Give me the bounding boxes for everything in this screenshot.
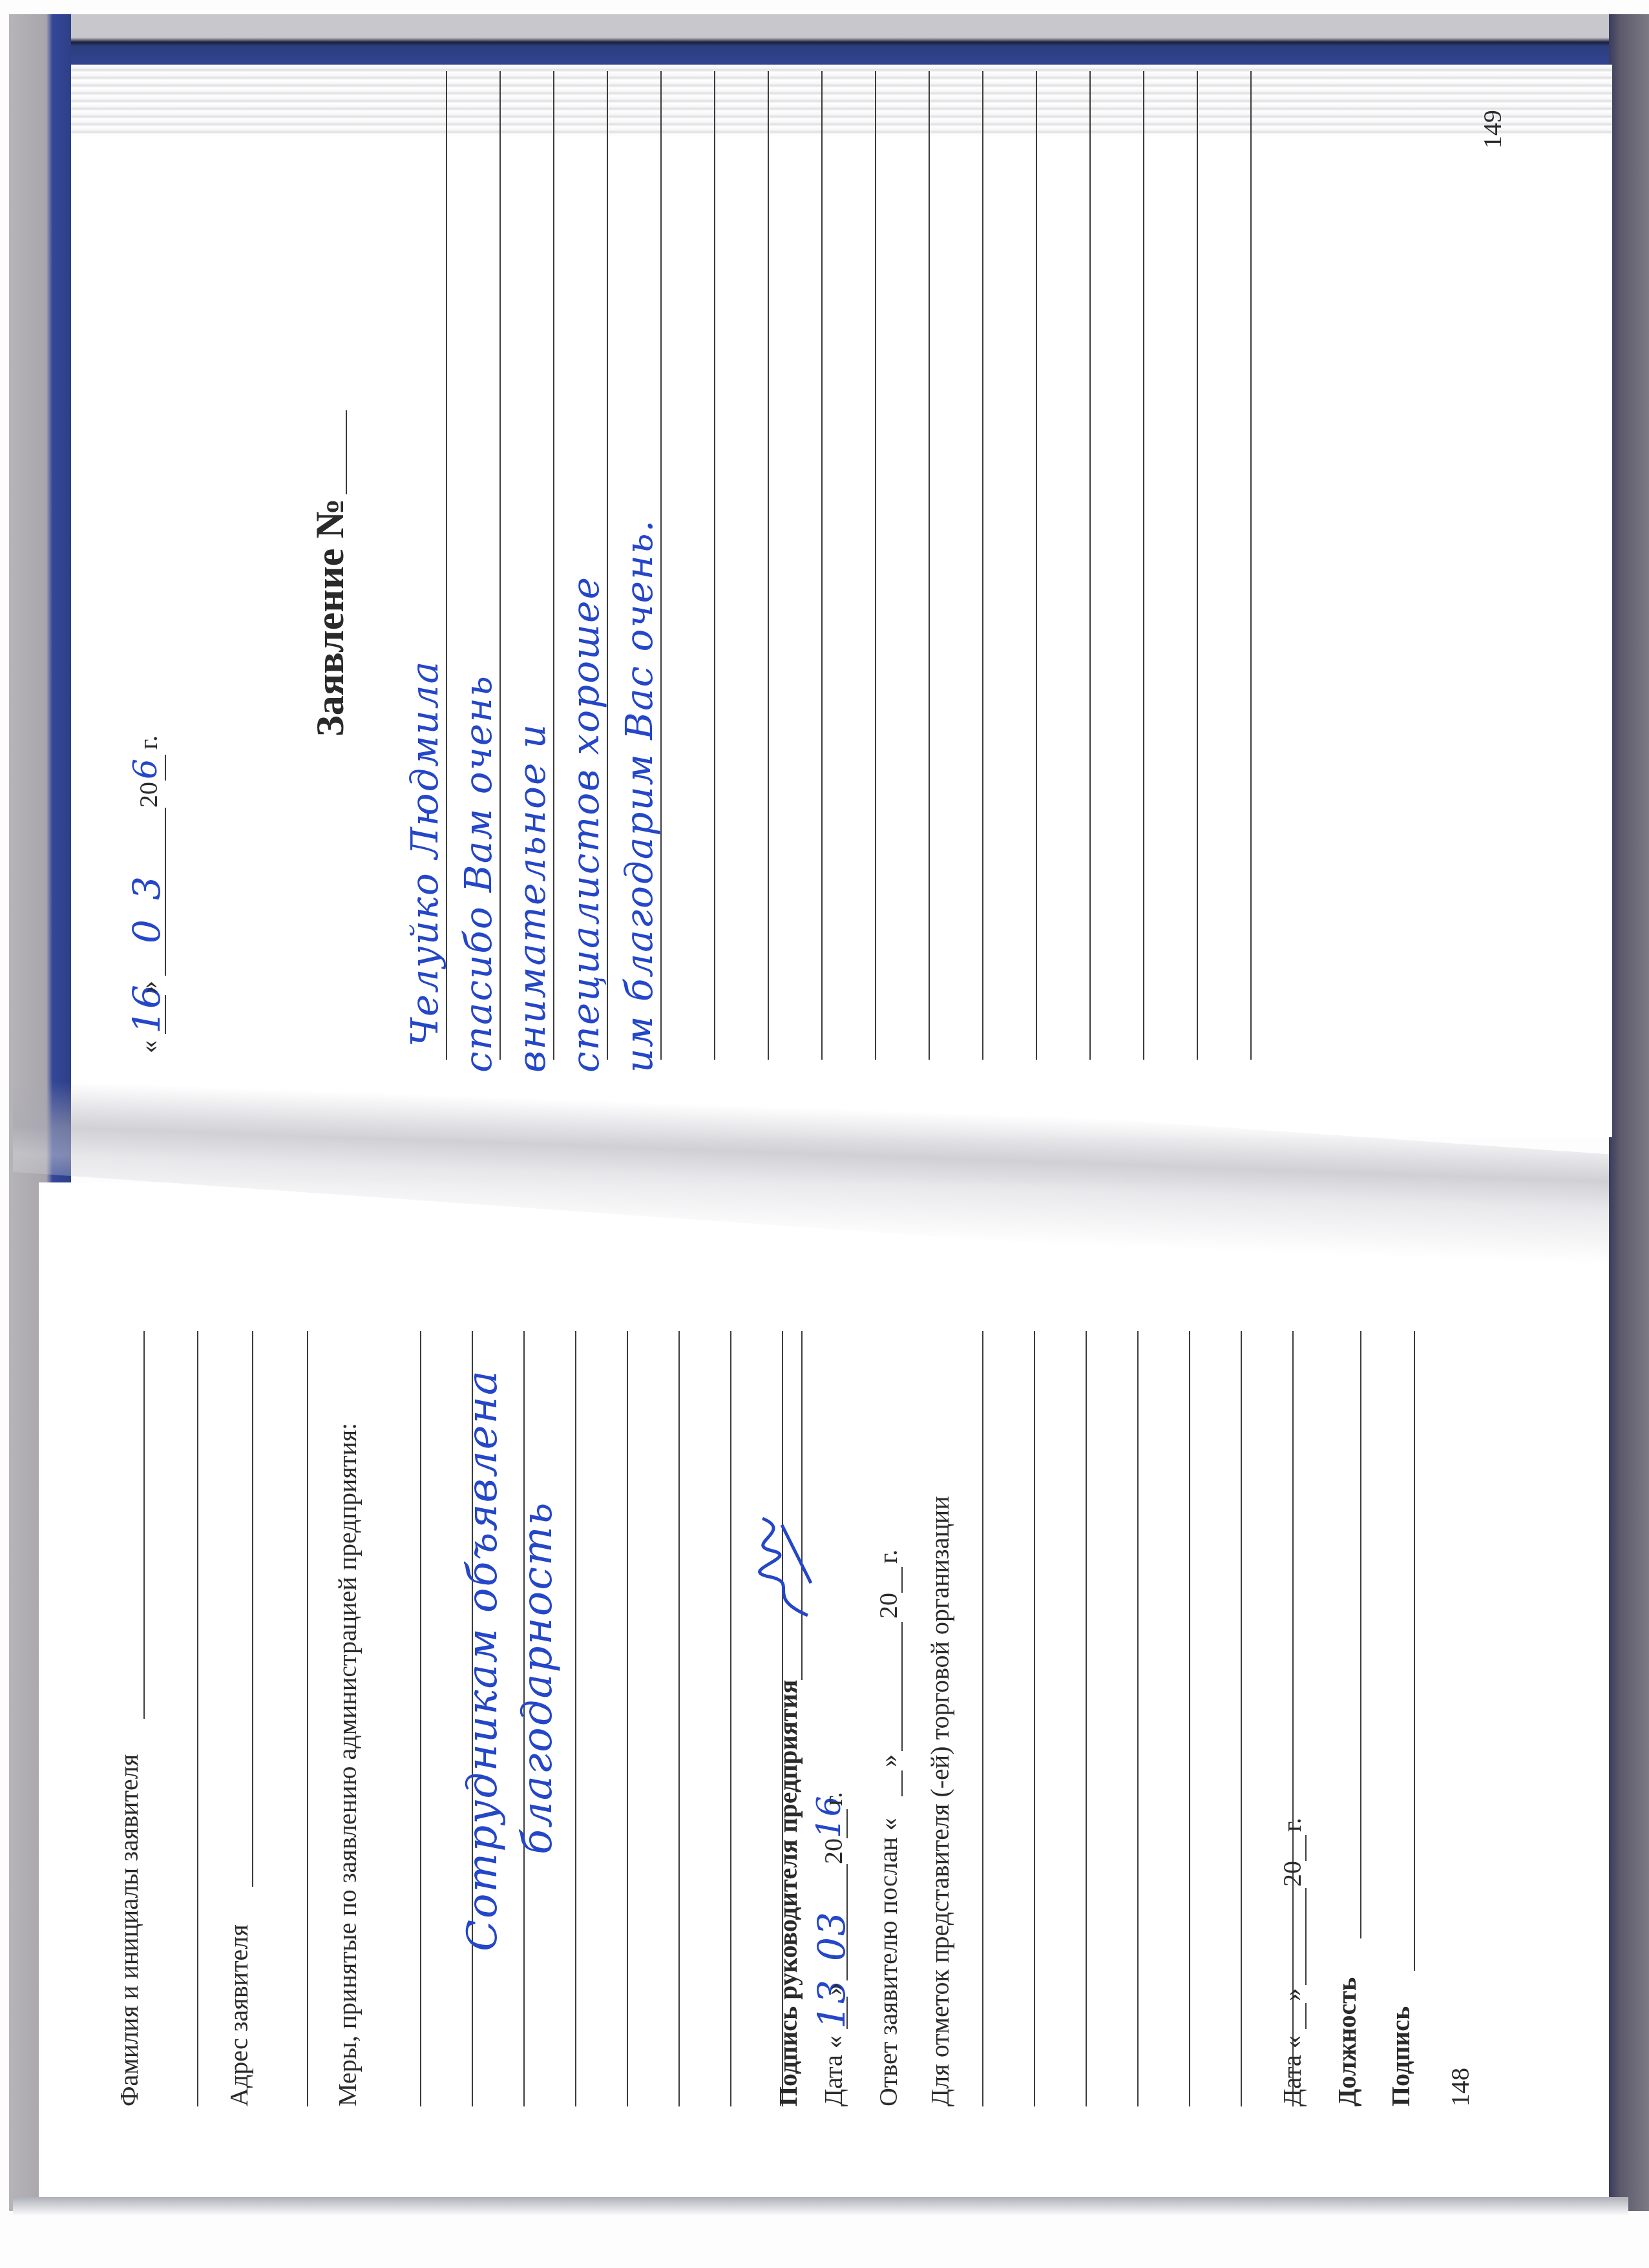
book-cover-top-edge (58, 14, 1649, 72)
complaint-handwritten-line: Челуйко Людмила (406, 660, 443, 1047)
page-title: Заявление № (310, 498, 350, 737)
representative-ruled-line[interactable] (1137, 1331, 1139, 2106)
ruled-line[interactable] (875, 71, 876, 1060)
manager-date-close-quote: » (821, 1982, 846, 1995)
measures-ruled-line[interactable] (730, 1331, 731, 2106)
applicant-address-field-2[interactable] (307, 1331, 308, 2106)
ruled-line[interactable] (768, 71, 769, 1060)
manager-date-label: Дата « (821, 2035, 846, 2106)
date-year-underline (165, 755, 166, 781)
reply-close-quote: » (876, 1754, 901, 1767)
signature-label: Подпись (1388, 2006, 1414, 2106)
applicant-address-field[interactable] (252, 1331, 253, 1887)
reply-day-field[interactable] (901, 1770, 903, 1796)
applicant-address-label: Адрес заявителя (226, 1924, 252, 2106)
ruled-line[interactable] (1197, 71, 1198, 1060)
rep-date-close-quote: » (1279, 1988, 1305, 2001)
complaint-handwritten-line: внимательное и (513, 723, 551, 1073)
representative-ruled-line[interactable] (982, 1331, 983, 2106)
applicant-name-field-2[interactable] (197, 1331, 198, 2106)
measures-handwritten-line-2: благодарность (517, 1501, 558, 1854)
measures-ruled-line[interactable] (575, 1331, 576, 2106)
position-field[interactable] (1360, 1331, 1361, 1938)
representative-ruled-line[interactable] (1189, 1331, 1190, 2106)
ruled-line[interactable] (982, 71, 983, 1060)
manager-date-year-prefix: 20 (821, 1838, 846, 1864)
rep-date-label: Дата « (1279, 2035, 1305, 2106)
rep-date-suffix: г. (1279, 1818, 1305, 1832)
ruled-line[interactable] (1143, 71, 1144, 1060)
page-149: « 16 » 03 20 6 г. Заявление № Челуйко Лю… (97, 65, 1583, 1098)
complaint-handwritten-line: спасибо Вам очень (459, 675, 497, 1073)
manager-signature-label: Подпись руководителя предприятия (775, 1680, 801, 2106)
ruled-line[interactable] (821, 71, 823, 1060)
date-year-handwritten: 6 (129, 757, 162, 779)
date-suffix: г. (136, 735, 162, 750)
measures-label: Меры, принятые по заявлению администраци… (335, 1423, 361, 2106)
reply-month-field[interactable] (901, 1622, 903, 1751)
date-month-handwritten: 03 (128, 857, 165, 943)
complaint-handwritten-line: специалистов хорошее (567, 576, 604, 1073)
rep-date-day-field[interactable] (1305, 2003, 1307, 2029)
manager-date-month: 03 (813, 1911, 850, 1961)
applicant-name-field[interactable] (143, 1331, 145, 1719)
reply-sent-label: Ответ заявителю послан « (876, 1818, 901, 2106)
ruled-line[interactable] (929, 71, 930, 1060)
title-number-underline (346, 410, 347, 494)
page-148: Фамилия и инициалы заявителя Адрес заяви… (97, 1189, 1518, 2132)
manager-signature-field[interactable] (801, 1331, 803, 1680)
ruled-line[interactable] (1036, 71, 1037, 1060)
representative-ruled-line[interactable] (1086, 1331, 1087, 2106)
measures-ruled-line[interactable] (678, 1331, 680, 2106)
ruled-line[interactable] (714, 71, 715, 1060)
date-year-prefix: 20 (136, 782, 162, 808)
ruled-line[interactable] (1250, 71, 1252, 1060)
book-cover-bottom-edge (13, 2197, 1628, 2216)
representative-ruled-line[interactable] (1034, 1331, 1035, 2106)
measures-ruled-line[interactable] (627, 1331, 628, 2106)
manager-date-suffix: г. (821, 1792, 846, 1806)
rep-date-year-field[interactable] (1305, 1835, 1307, 1861)
rep-date-year-prefix: 20 (1279, 1861, 1305, 1887)
representative-notes-label: Для отметок представителя (-ей) торговой… (927, 1496, 953, 2106)
page-number: 149 (1480, 110, 1506, 149)
position-label: Должность (1334, 1977, 1360, 2106)
page-number: 148 (1447, 2068, 1473, 2106)
reply-year-prefix: 20 (876, 1593, 901, 1619)
representative-ruled-line[interactable] (1241, 1331, 1242, 2106)
manager-signature-scribble (756, 1512, 814, 1622)
date-open-quote: « (136, 1040, 162, 1053)
applicant-name-label: Фамилия и инициалы заявителя (116, 1754, 142, 2106)
reply-suffix: г. (876, 1549, 901, 1564)
reply-year-field[interactable] (901, 1567, 903, 1593)
measures-handwritten-line-1: Сотрудникам объявлена (462, 1369, 503, 1951)
measures-ruled-line[interactable] (420, 1331, 421, 2106)
rep-date-month-field[interactable] (1305, 1888, 1307, 1985)
date-close-quote: » (136, 981, 162, 994)
complaint-handwritten-line: им благодарим Вас очень. (620, 519, 658, 1073)
book-cover-right-edge (1609, 14, 1649, 2211)
signature-field[interactable] (1414, 1331, 1415, 1971)
ruled-line[interactable] (1089, 71, 1091, 1060)
